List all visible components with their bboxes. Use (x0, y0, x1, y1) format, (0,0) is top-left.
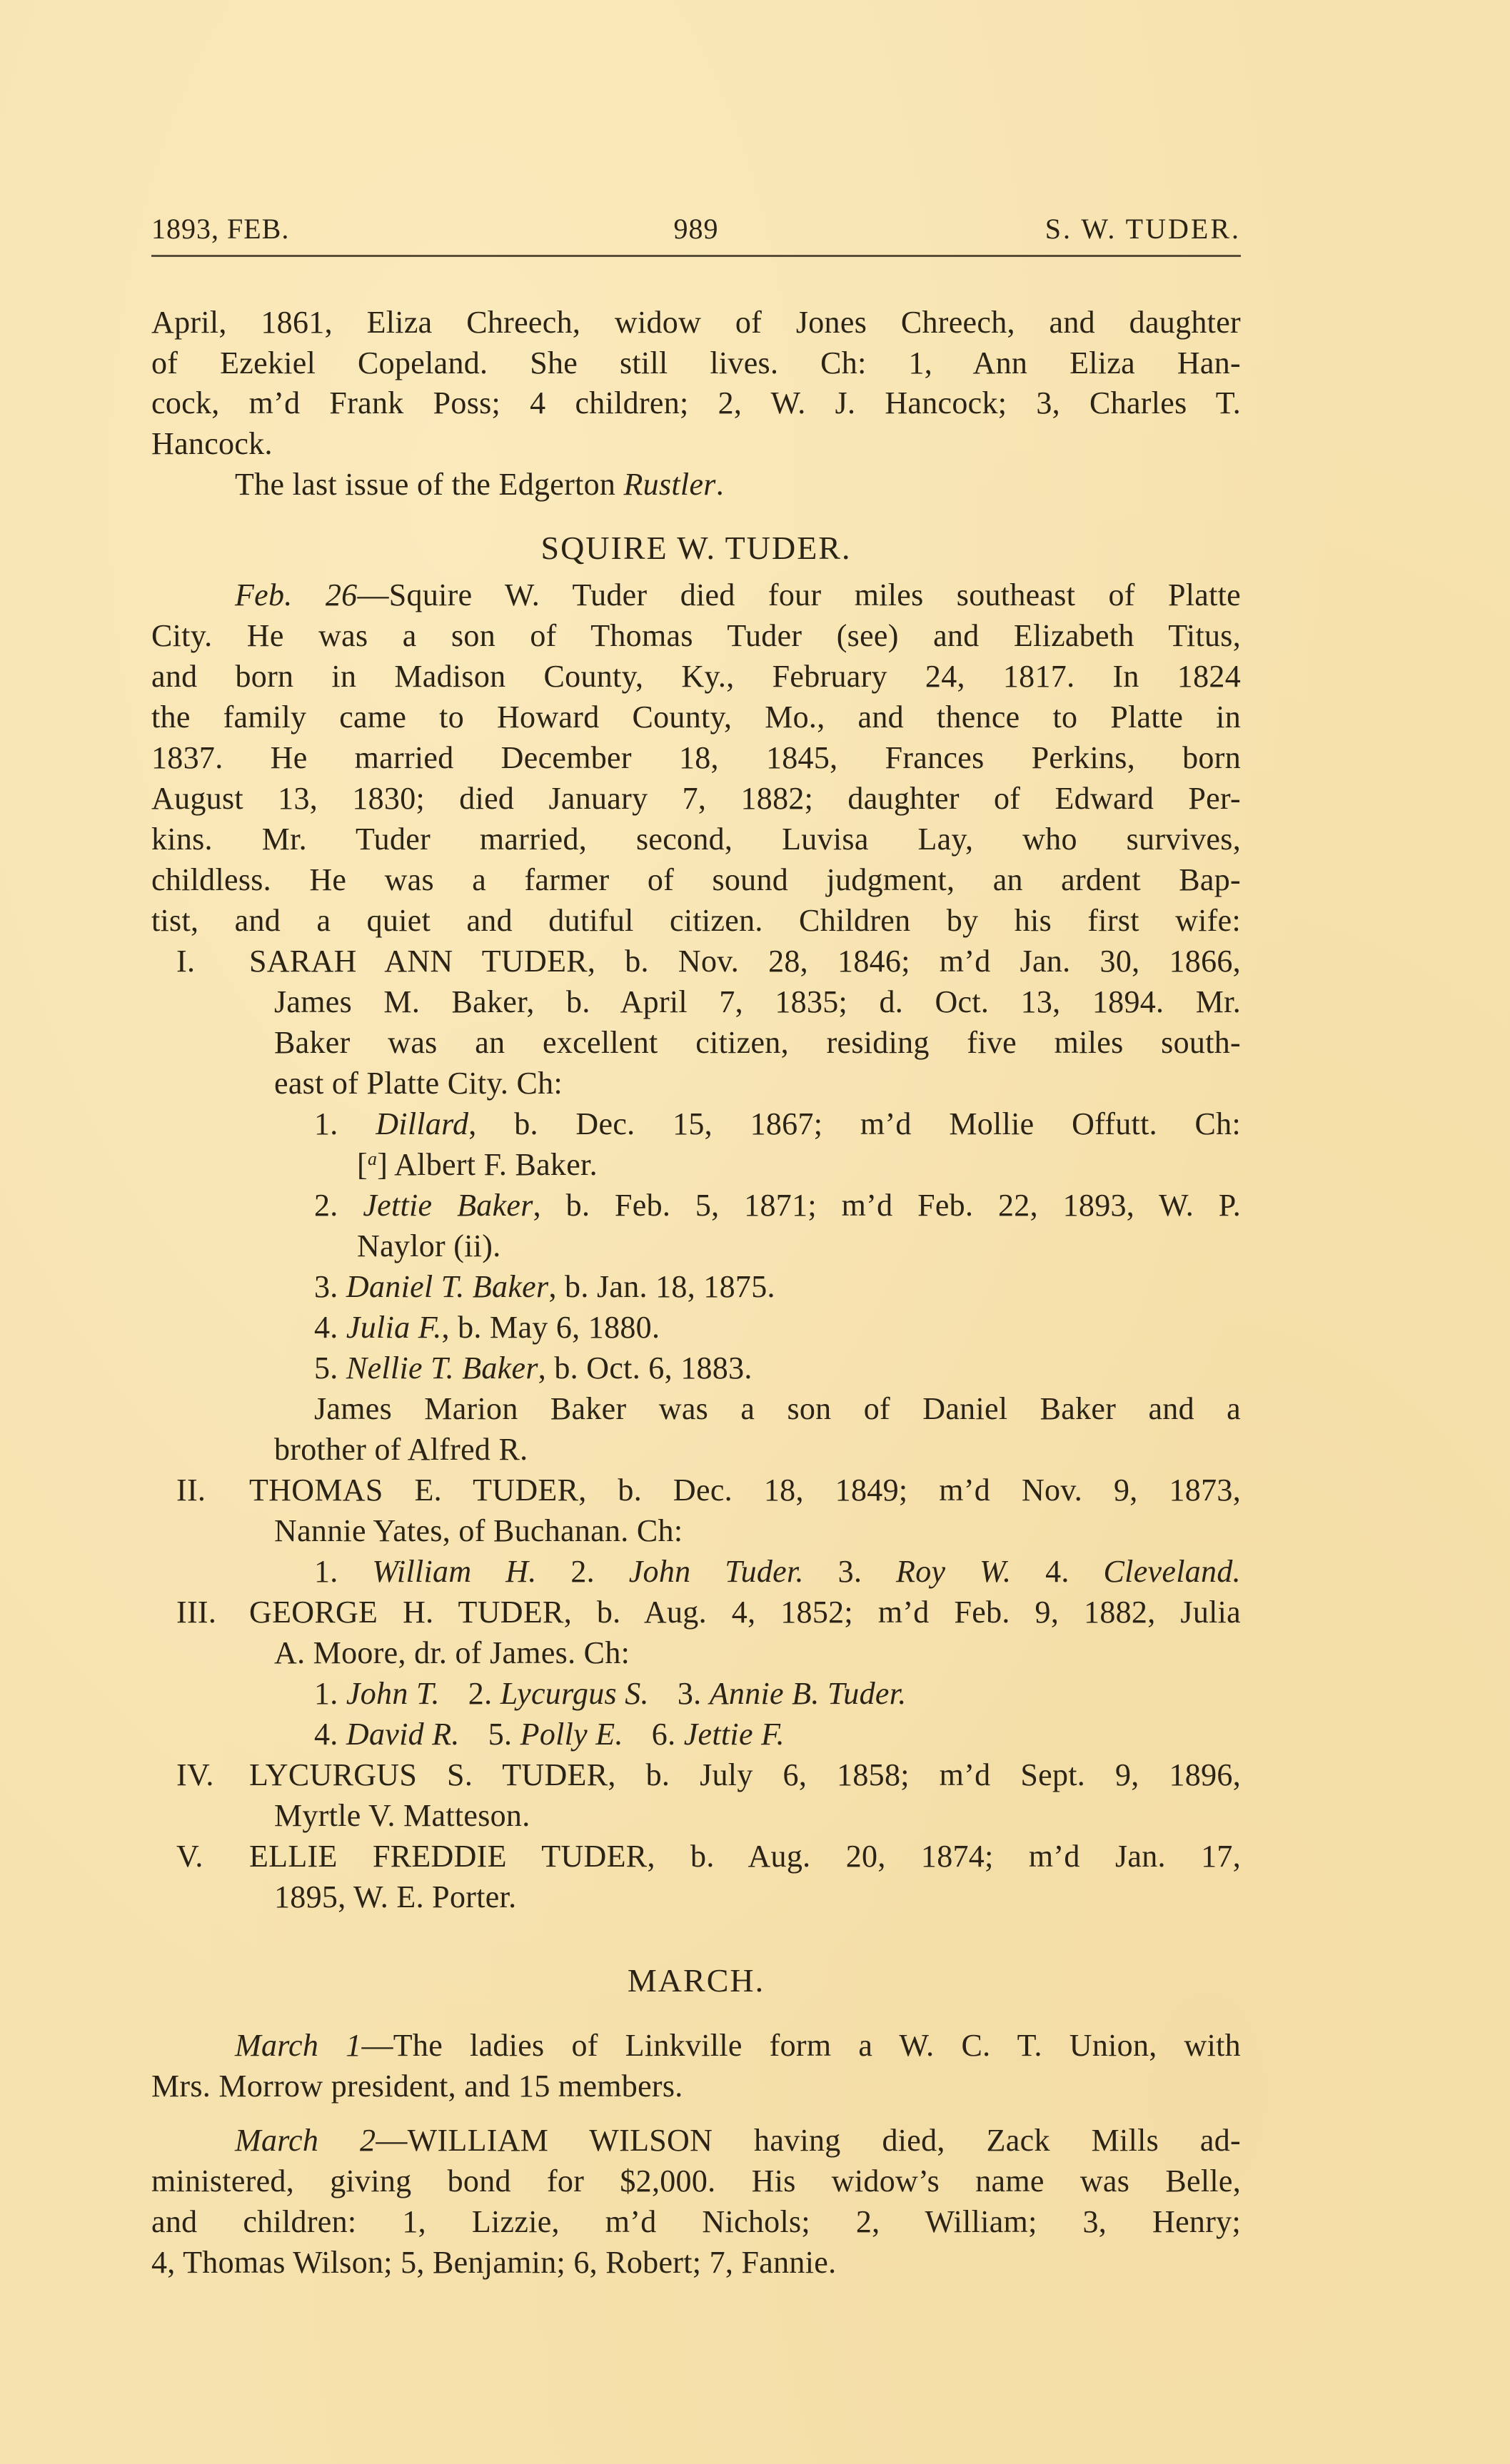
child-entry-IV: IV.LYCURGUS S. TUDER, b. July 6, 1858; m… (239, 1755, 1241, 1795)
grandchildren-inline: 1. William H. 2. John Tuder. 3. Roy W. 4… (314, 1552, 1241, 1592)
grandchild-item: 3. Daniel T. Baker, b. Jan. 18, 1875. (314, 1267, 1241, 1307)
entry-date: March 1 (235, 2028, 361, 2063)
grandchild-item: 2. Jettie Baker, b. Feb. 5, 1871; m’d Fe… (314, 1186, 1241, 1226)
child-entry-II: II.THOMAS E. TUDER, b. Dec. 18, 1849; m’… (239, 1470, 1241, 1510)
grandchildren-inline: 4. David R.5. Polly E.6. Jettie F. (314, 1715, 1241, 1754)
child-entry-line: east of Platte City. Ch: (274, 1064, 1241, 1104)
march-entry-line: Mrs. Morrow president, and 15 members. (151, 2066, 1241, 2106)
child-entry-V: V.ELLIE FREDDIE TUDER, b. Aug. 20, 1874;… (239, 1837, 1241, 1877)
tuder-para-line: and born in Madison County, Ky., Februar… (151, 657, 1241, 697)
grandchild-item: 1. Dillard, b. Dec. 15, 1867; m’d Mollie… (314, 1104, 1241, 1144)
march-entry-line: 4, Thomas Wilson; 5, Benjamin; 6, Robert… (151, 2243, 1241, 2283)
roman-numeral: III. (176, 1592, 239, 1632)
newspaper-title: Rustler (624, 467, 716, 502)
rustler-note: The last issue of the Edgerton Rustler. (235, 465, 1241, 505)
tuder-para-line: the family came to Howard County, Mo., a… (151, 697, 1241, 737)
section-heading-march: MARCH. (151, 1961, 1241, 2001)
child-entry-line: Baker was an excellent citizen, residing… (274, 1023, 1241, 1063)
great-grandchild-item: [a] Albert F. Baker. (357, 1145, 1241, 1185)
roman-numeral: V. (176, 1837, 239, 1877)
tuder-para-line: City. He was a son of Thomas Tuder (see)… (151, 616, 1241, 656)
roman-numeral: I. (176, 941, 239, 981)
footnote-mark: a (368, 1148, 377, 1169)
child-entry-I: I.SARAH ANN TUDER, b. Nov. 28, 1846; m’d… (239, 941, 1241, 981)
header-rule (151, 255, 1241, 257)
tuder-para-line: 1837. He married December 18, 1845, Fran… (151, 738, 1241, 778)
child-entry-line: Nannie Yates, of Buchanan. Ch: (274, 1511, 1241, 1551)
grandchild-item: 5. Nellie T. Baker, b. Oct. 6, 1883. (314, 1348, 1241, 1388)
tuder-para-line: tist, and a quiet and dutiful citizen. C… (151, 901, 1241, 941)
running-head-title: S. W. TUDER. (1045, 211, 1241, 247)
march-entry-line: ministered, giving bond for $2,000. His … (151, 2161, 1241, 2201)
child-entry-line: A. Moore, dr. of James. Ch: (274, 1633, 1241, 1673)
child-entry-III: III.GEORGE H. TUDER, b. Aug. 4, 1852; m’… (239, 1592, 1241, 1632)
intro-line: of Ezekiel Copeland. She still lives. Ch… (151, 343, 1241, 383)
child-entry-line: James M. Baker, b. April 7, 1835; d. Oct… (274, 982, 1241, 1022)
baker-note-line: brother of Alfred R. (274, 1430, 1241, 1470)
intro-line: April, 1861, Eliza Chreech, widow of Jon… (151, 303, 1241, 343)
grandchild-continuation: Naylor (ii). (357, 1226, 1241, 1266)
grandchildren-inline: 1. John T.2. Lycurgus S.3. Annie B. Tude… (314, 1674, 1241, 1714)
march-entry-line: and children: 1, Lizzie, m’d Nichols; 2,… (151, 2202, 1241, 2242)
grandchild-item: 4. Julia F., b. May 6, 1880. (314, 1308, 1241, 1348)
march-entry-line: March 1—The ladies of Linkville form a W… (235, 2026, 1241, 2066)
section-heading-tuder: SQUIRE W. TUDER. (151, 528, 1241, 568)
tuder-para-line: kins. Mr. Tuder married, second, Luvisa … (151, 819, 1241, 859)
roman-numeral: IV. (176, 1755, 239, 1795)
running-head: 1893, FEB. 989 S. W. TUDER. (151, 211, 1241, 247)
intro-line: cock, m’d Frank Poss; 4 children; 2, W. … (151, 383, 1241, 423)
book-page: 1893, FEB. 989 S. W. TUDER. April, 1861,… (0, 0, 1510, 2464)
entry-date: Feb. 26 (235, 577, 357, 612)
tuder-para-line: Feb. 26—Squire W. Tuder died four miles … (235, 575, 1241, 615)
roman-numeral: II. (176, 1470, 239, 1510)
baker-note-line: James Marion Baker was a son of Daniel B… (314, 1389, 1241, 1429)
tuder-para-line: August 13, 1830; died January 7, 1882; d… (151, 779, 1241, 819)
entry-date: March 2 (235, 2123, 376, 2158)
child-entry-line: 1895, W. E. Porter. (274, 1877, 1241, 1917)
tuder-para-line: childless. He was a farmer of sound judg… (151, 860, 1241, 900)
march-entry-line: March 2—WILLIAM WILSON having died, Zack… (235, 2121, 1241, 2161)
child-entry-line: Myrtle V. Matteson. (274, 1796, 1241, 1836)
intro-line: Hancock. (151, 424, 1241, 464)
